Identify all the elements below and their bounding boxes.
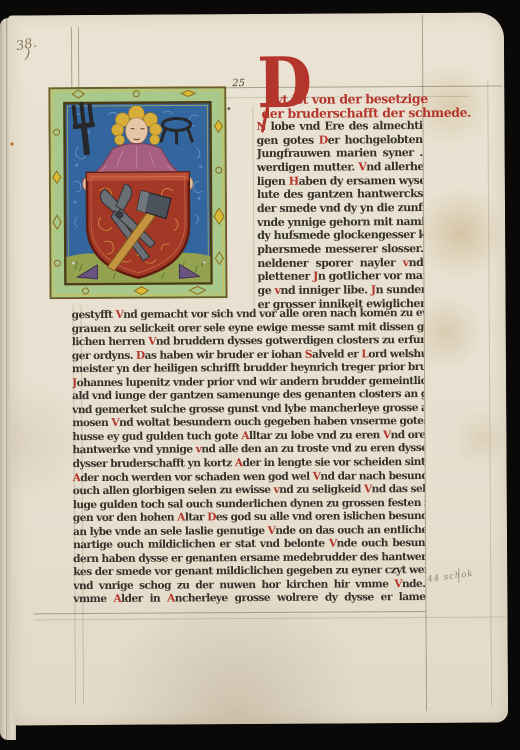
ruling-line bbox=[78, 27, 79, 87]
ruling-line bbox=[34, 616, 506, 620]
text-line: N lobe vnd Ere des almechti bbox=[256, 119, 422, 134]
ruling-line bbox=[33, 611, 425, 614]
text-line: ligen Haben dy ersamen wysen bbox=[257, 174, 423, 189]
pricking-dot bbox=[227, 107, 230, 110]
text-line: werdigen mutter. Vnd allerhei bbox=[257, 160, 423, 175]
manuscript-photo: 38. 25 bbox=[0, 0, 520, 750]
column-text-block: N lobe vnd Ere des almechtigen gotes Der… bbox=[256, 119, 423, 311]
text-line: neldener sporer nayler vnd bbox=[257, 256, 423, 271]
margin-pencil-note: 44 schok bbox=[427, 569, 474, 585]
pencil-smudge: ˙˒ bbox=[470, 695, 476, 703]
folio-number-corner: 38. bbox=[15, 36, 38, 54]
stain-speck bbox=[11, 142, 14, 145]
text-line: plettener Jn gotlicher vor mani bbox=[257, 269, 423, 284]
manuscript-page: 38. 25 bbox=[8, 12, 508, 725]
ruling-line bbox=[487, 81, 492, 707]
ruling-line bbox=[252, 106, 254, 310]
miniature-smith-shield bbox=[48, 86, 227, 299]
body-text-block: gestyfft Vnd gemacht vor sich vnd vor al… bbox=[72, 307, 426, 607]
text-line: vmme Alder in Ancherleye grosse wolrere … bbox=[73, 591, 425, 607]
text-line: dy hufsmede glockengesser kop bbox=[257, 228, 423, 243]
margin-pencil-tick bbox=[458, 568, 459, 583]
text-line: phersmede messerer slosser. bbox=[257, 242, 423, 257]
text-line: Jungfrauwen marien syner . bbox=[257, 146, 423, 161]
text-line: lute des gantzen hantwercks bbox=[257, 187, 423, 202]
text-line: vnde ynnige gehorn mit nami bbox=[257, 215, 423, 230]
rubric-heading-line2: der bruderschafft der schmede. bbox=[261, 105, 423, 119]
text-line: gen gotes Der hochgelobten bbox=[257, 133, 423, 148]
folio-number-top: 25 bbox=[232, 78, 245, 89]
rubric-heading: yt ist von der besetzige der bruderschaf… bbox=[261, 92, 423, 120]
text-line: ge vnd inniger libe. Jn sunderlich bbox=[257, 283, 423, 298]
text-line: der smede vnd dy yn die zunfft bbox=[257, 201, 423, 216]
ruling-line bbox=[71, 27, 72, 87]
